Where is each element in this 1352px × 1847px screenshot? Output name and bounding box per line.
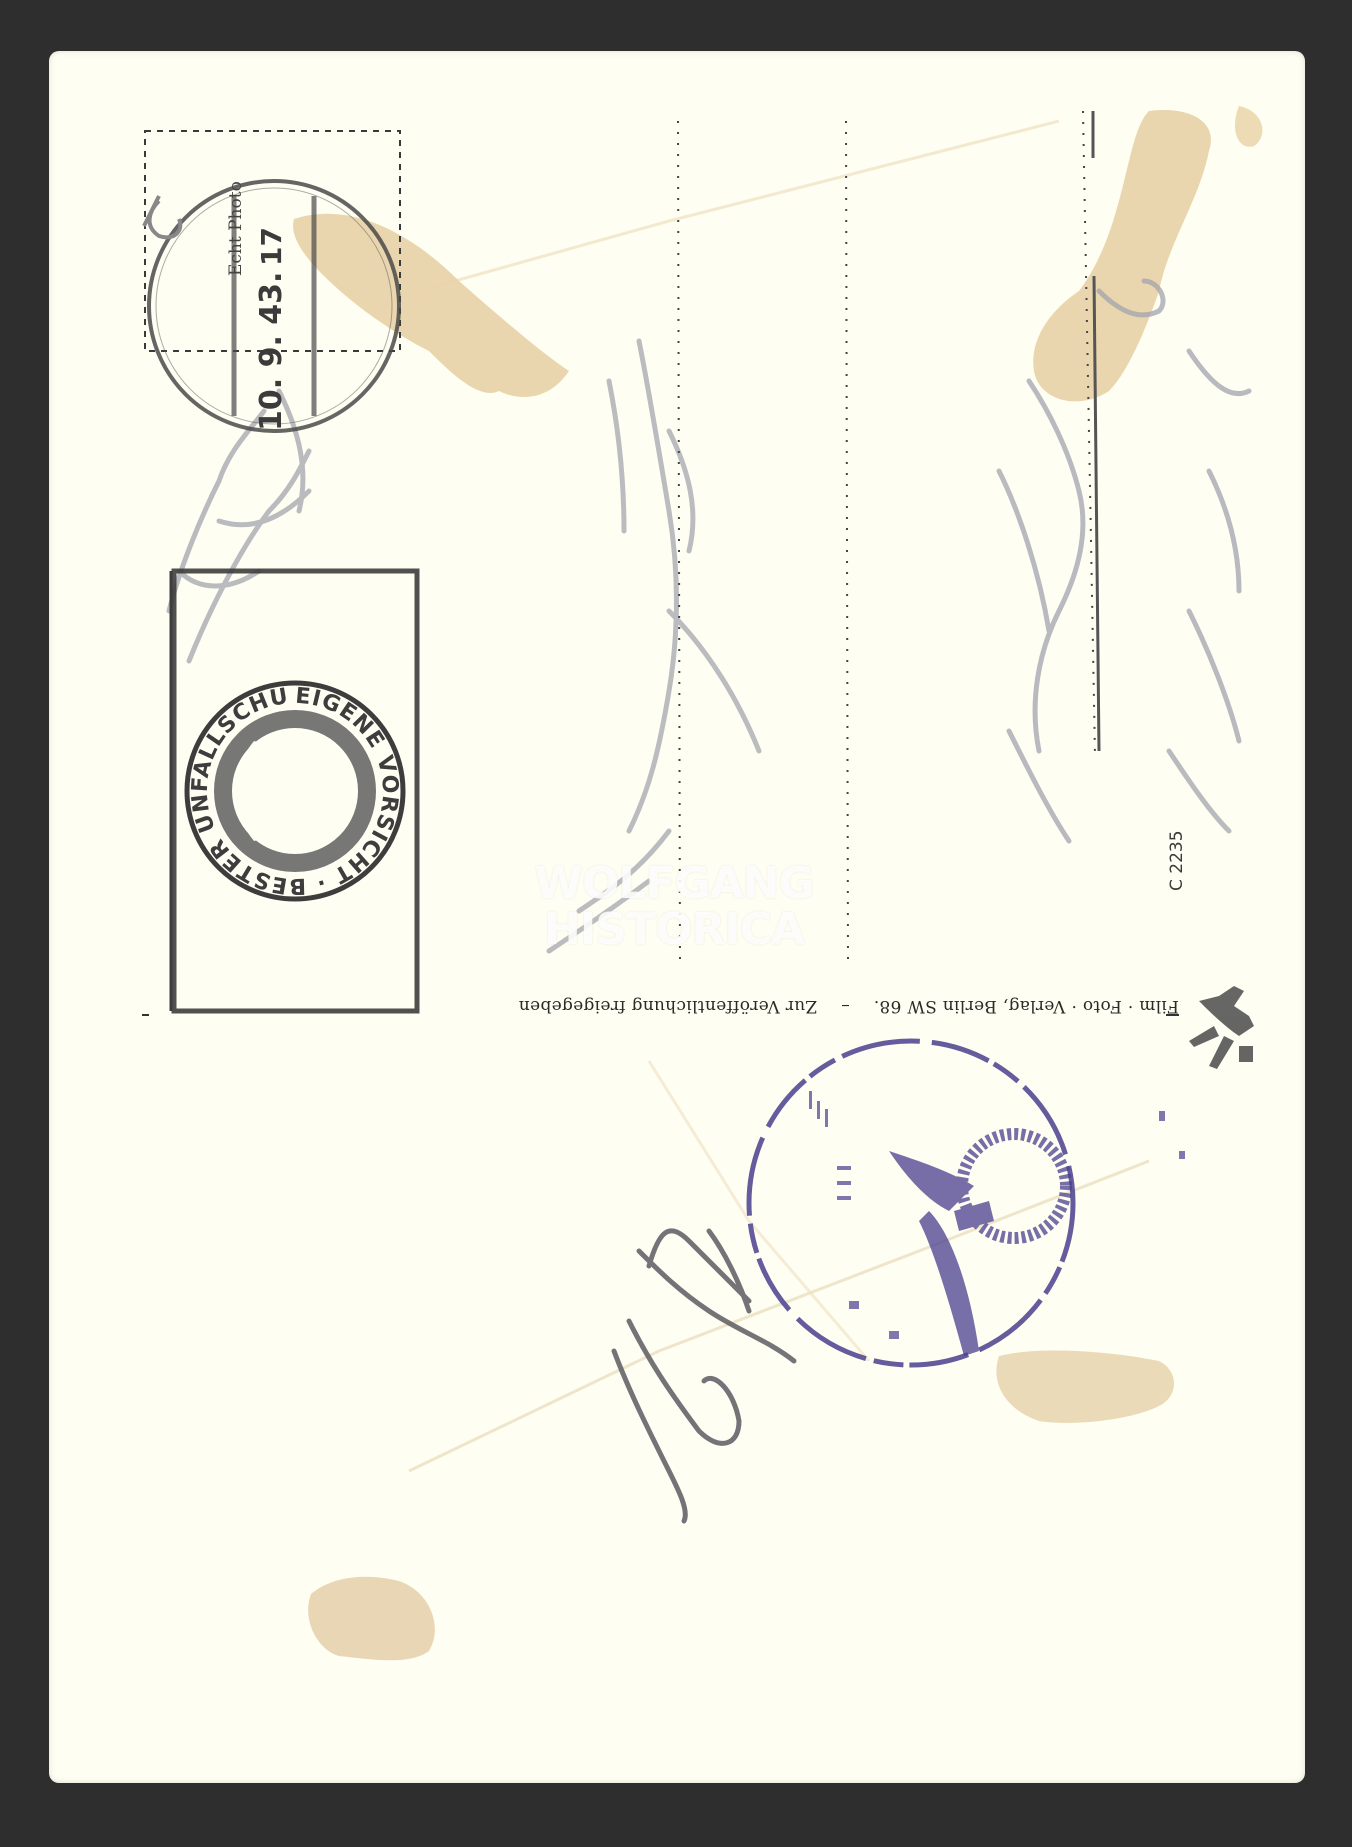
release-note: Zur Veröffentlichung freigegeben bbox=[519, 996, 818, 1016]
watermark-line-1: WOLFGANG bbox=[509, 861, 839, 907]
watermark: WOLFGANG HISTORICA bbox=[509, 861, 839, 953]
postcard: 10. 9. 43. 17 Echt Photo EIGENE VORSICHT… bbox=[49, 51, 1305, 1783]
imprint-separator: – bbox=[841, 996, 850, 1016]
publisher-name: Film · Foto · Verlag, Berlin SW 68. bbox=[873, 996, 1179, 1016]
publisher-imprint: Film · Foto · Verlag, Berlin SW 68. – Zu… bbox=[179, 996, 1179, 1016]
catalog-number: C 2235 bbox=[1167, 830, 1187, 891]
watermark-line-2: HISTORICA bbox=[509, 907, 839, 953]
